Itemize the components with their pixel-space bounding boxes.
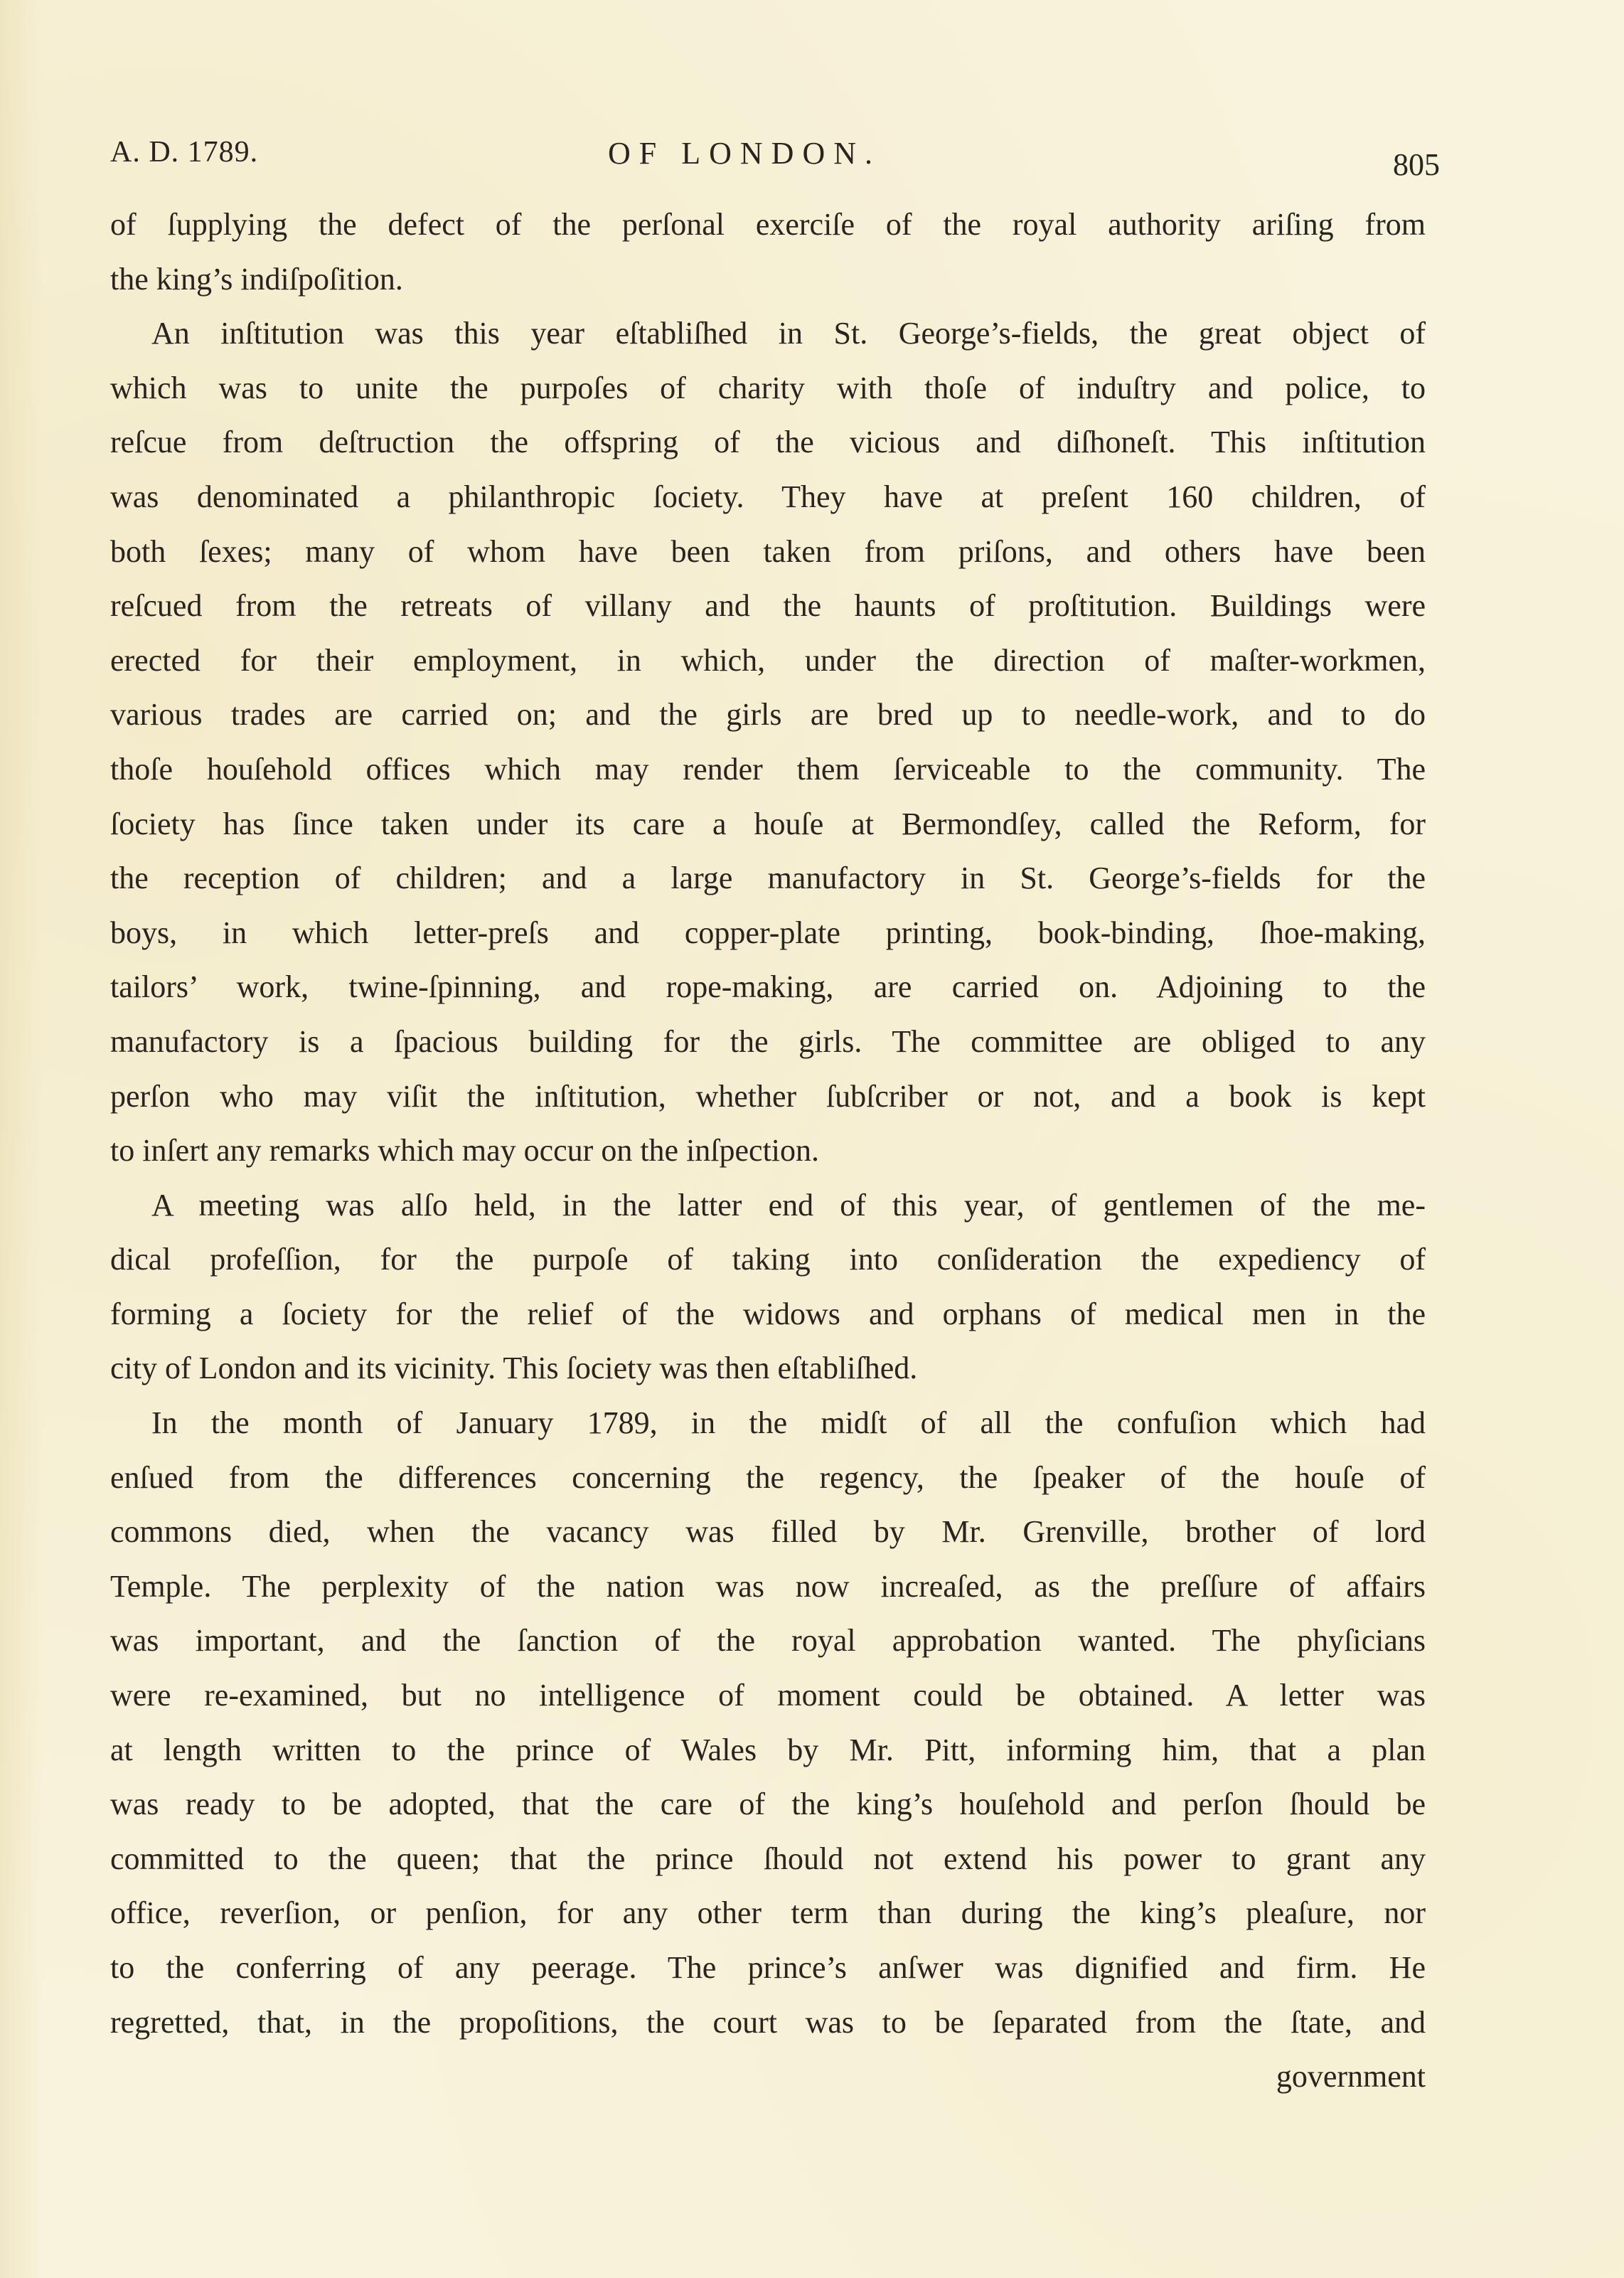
text-line: perſon who may viſit the inſtitution, wh… (110, 1070, 1426, 1124)
text-line: at length written to the prince of Wales… (110, 1723, 1426, 1778)
text-line: reſcued from the retreats of villany and… (110, 579, 1426, 634)
text-line: forming a ſociety for the relief of the … (110, 1287, 1426, 1342)
text-line: commons died, when the vacancy was fille… (110, 1505, 1426, 1560)
text-line: thoſe houſehold offices which may render… (110, 743, 1426, 797)
text-line: In the month of January 1789, in the mid… (110, 1396, 1426, 1451)
text-line: committed to the queen; that the prince … (110, 1832, 1426, 1887)
text-line: to the conferring of any peerage. The pr… (110, 1941, 1426, 1996)
body-text: of ſupplying the defect of the perſonal … (110, 198, 1426, 2104)
text-line: manufactory is a ſpacious building for t… (110, 1015, 1426, 1070)
text-line: was important, and the ſanction of the r… (110, 1614, 1426, 1668)
running-head: A. D. 1789. OF LONDON. 805 (110, 128, 1426, 185)
text-line: which was to unite the purpoſes of chari… (110, 361, 1426, 416)
text-line: reſcue from deſtruction the offspring of… (110, 415, 1426, 470)
text-line: erected for their employment, in which, … (110, 634, 1426, 688)
catchword: government (110, 2050, 1426, 2104)
text-line: tailors’ work, twine-ſpinning, and rope-… (110, 960, 1426, 1015)
text-line: boys, in which letter-preſs and copper-p… (110, 906, 1426, 961)
text-line: the king’s indiſpoſition. (110, 252, 1426, 307)
running-head-year: A. D. 1789. (110, 135, 258, 169)
text-line: Temple. The perplexity of the nation was… (110, 1560, 1426, 1614)
text-line: the reception of children; and a large m… (110, 851, 1426, 906)
text-line: were re-examined, but no intelligence of… (110, 1668, 1426, 1723)
running-head-title: OF LONDON. (608, 135, 881, 171)
text-line: to inſert any remarks which may occur on… (110, 1124, 1426, 1178)
text-line: An inſtitution was this year eſtabliſhed… (110, 307, 1426, 361)
text-line: ſociety has ſince taken under its care a… (110, 797, 1426, 852)
page-number: 805 (1393, 147, 1440, 183)
text-line: office, reverſion, or penſion, for any o… (110, 1886, 1426, 1941)
text-line: A meeting was alſo held, in the latter e… (110, 1178, 1426, 1233)
text-line: regretted, that, in the propoſitions, th… (110, 1996, 1426, 2050)
text-line: was denominated a philanthropic ſociety.… (110, 470, 1426, 525)
text-line: dical profeſſion, for the purpoſe of tak… (110, 1233, 1426, 1287)
text-line: was ready to be adopted, that the care o… (110, 1777, 1426, 1832)
text-line: both ſexes; many of whom have been taken… (110, 525, 1426, 580)
text-line: of ſupplying the defect of the perſonal … (110, 198, 1426, 252)
text-line: various trades are carried on; and the g… (110, 688, 1426, 743)
book-page: A. D. 1789. OF LONDON. 805 of ſupplying … (0, 0, 1624, 2278)
text-line: enſued from the differences concerning t… (110, 1451, 1426, 1506)
text-line: city of London and its vicinity. This ſo… (110, 1341, 1426, 1396)
